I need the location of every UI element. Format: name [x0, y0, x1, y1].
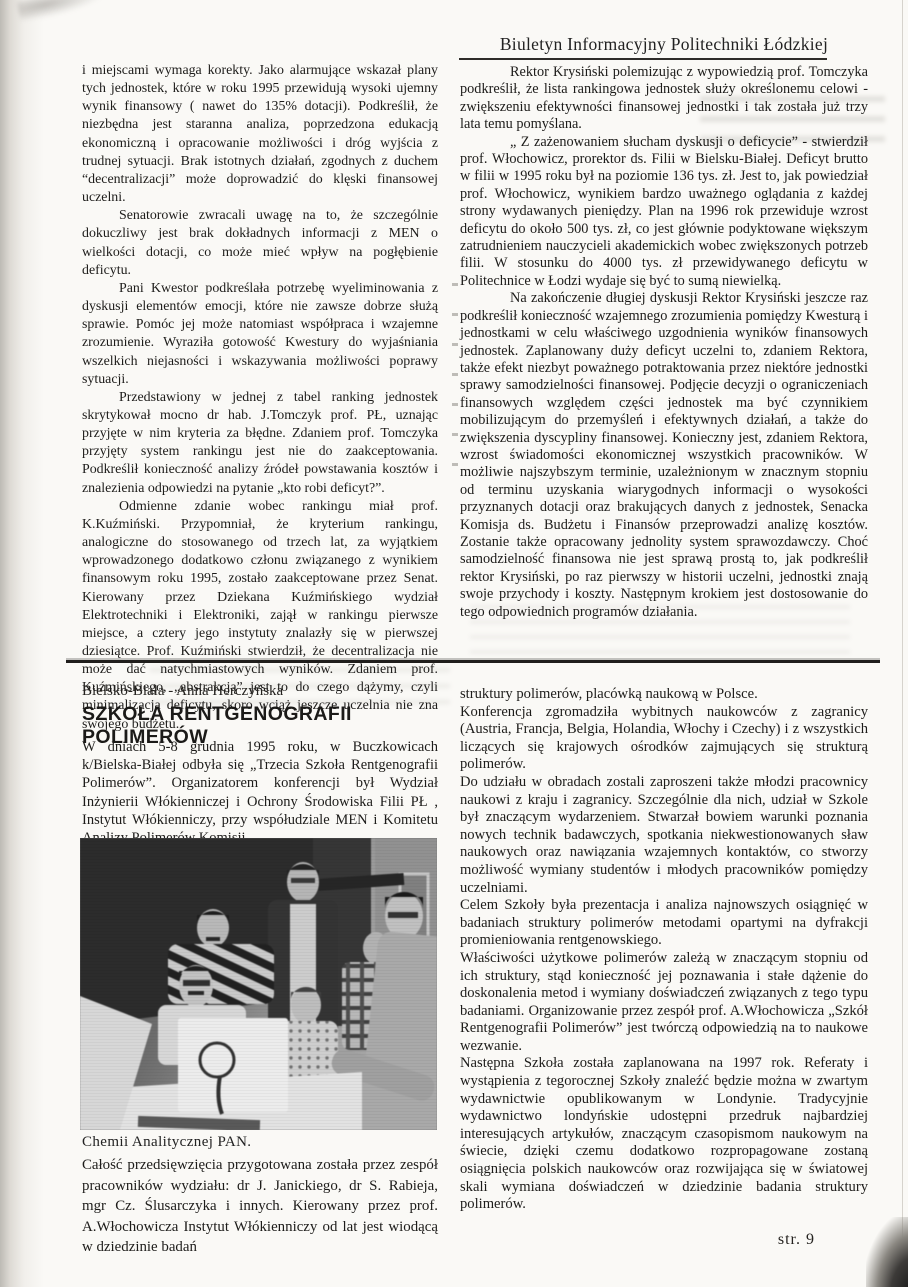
senate-paragraph: Pani Kwestor podkreślała potrzebę wyelim…: [82, 280, 438, 389]
scan-edge-line: [902, 0, 903, 1287]
senate-paragraph: Rektor Krysiński polemizując z wypowiedz…: [460, 64, 868, 134]
bulletin-header: Biuletyn Informacyjny Politechniki Łódzk…: [460, 34, 868, 55]
article-byline: Bielsko-Biała - Anna Herczyńska: [82, 683, 283, 700]
conference-photo: [80, 838, 437, 1130]
school-left-column: Całość przedsięwzięcia przygotowana zost…: [82, 1155, 438, 1258]
page-number: str. 9: [700, 1231, 815, 1249]
senate-left-column: i miejscami wymaga korekty. Jako alarmuj…: [82, 62, 438, 734]
school-paragraph: Następna Szkoła została zaplanowana na 1…: [460, 1055, 868, 1213]
senate-paragraph: „ Z zażenowaniem słucham dyskusji o defi…: [460, 134, 868, 291]
school-paragraph: Właściwości użytkowe polimerów zależą w …: [460, 950, 868, 1056]
article-intro-paragraph: W dniach 5-8 grudnia 1995 roku, w Buczko…: [82, 738, 438, 847]
school-paragraph: struktury polimerów, placówką naukową w …: [460, 686, 868, 704]
senate-right-column: Rektor Krysiński polemizując z wypowiedz…: [460, 64, 868, 621]
scan-gap-marks: [452, 283, 458, 478]
section-divider-rule: [66, 660, 880, 663]
bulletin-page: Biuletyn Informacyjny Politechniki Łódzk…: [0, 0, 908, 1287]
senate-paragraph: Senatorowie zwracali uwagę na to, że szc…: [82, 207, 438, 280]
school-paragraph: Konferencja zgromadziła wybitnych naukow…: [460, 704, 868, 774]
scan-corner-shadow: [866, 1217, 908, 1287]
senate-paragraph: Na zakończenie długiej dyskusji Rektor K…: [460, 290, 868, 621]
school-paragraph: Całość przedsięwzięcia przygotowana zost…: [82, 1155, 438, 1258]
school-paragraph: Celem Szkoły była prezentacja i analiza …: [460, 897, 868, 950]
header-rule: [459, 58, 827, 60]
school-right-column: struktury polimerów, placówką naukową w …: [460, 686, 868, 1214]
photo-grain-overlay: [80, 838, 437, 1130]
scan-gutter-shadow: [0, 0, 44, 1287]
school-paragraph: Do udziału w obradach zostali zaproszeni…: [460, 774, 868, 897]
scan-smudge: [17, 0, 110, 23]
photo-caption: Chemii Analitycznej PAN.: [82, 1134, 251, 1151]
senate-paragraph: Przedstawiony w jednej z tabel ranking j…: [82, 389, 438, 498]
senate-paragraph: i miejscami wymaga korekty. Jako alarmuj…: [82, 62, 438, 207]
